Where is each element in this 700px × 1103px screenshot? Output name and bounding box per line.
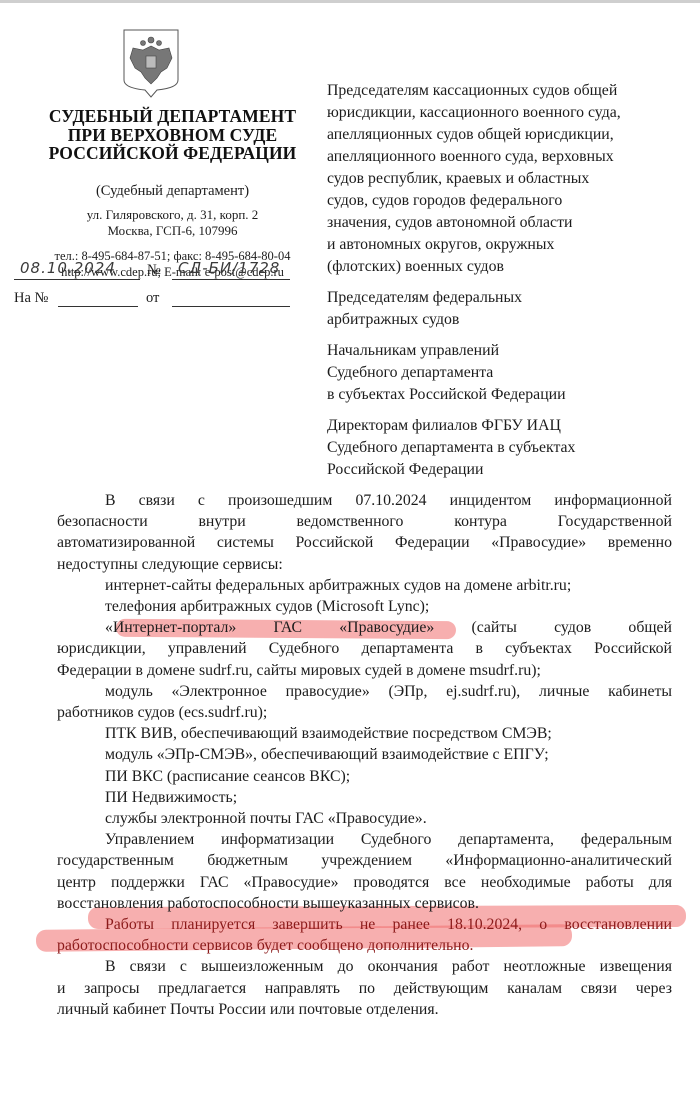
date-underline: [14, 279, 140, 280]
org-address: ул. Гиляровского, д. 31, корп. 2 Москва,…: [20, 207, 325, 239]
body-line: недоступны следующие сервисы:: [57, 554, 672, 575]
org-short-name: (Судебный департамент): [20, 183, 325, 200]
service-item: телефония арбитражных судов (Microsoft L…: [57, 596, 672, 617]
addressee-line: судов республик, краевых и областных: [327, 168, 687, 190]
address-line: ул. Гиляровского, д. 31, корп. 2: [20, 207, 325, 223]
org-name-line: ПРИ ВЕРХОВНОМ СУДЕ: [20, 126, 325, 145]
body-line: юрисдикции, управлений Судебного департа…: [57, 638, 672, 659]
addressee-line: судов, судов городов федерального: [327, 190, 687, 212]
org-name: СУДЕБНЫЙ ДЕПАРТАМЕНТ ПРИ ВЕРХОВНОМ СУДЕ …: [20, 107, 325, 163]
addressee-line: в субъектах Российской Федерации: [327, 384, 687, 406]
body-line: личный кабинет Почты России или почтовые…: [57, 999, 672, 1020]
addressee-line: Начальникам управлений: [327, 340, 687, 362]
service-item: модуль «ЭПр-СМЭВ», обеспечивающий взаимо…: [57, 744, 672, 765]
scan-top-edge: [0, 0, 700, 3]
addressee-line: Российской Федерации: [327, 459, 687, 481]
addressee-line: юрисдикции, кассационного военного суда,: [327, 102, 687, 124]
addressee-line: Судебного департамента: [327, 362, 687, 384]
body-line: Управлением информатизации Судебного деп…: [57, 829, 672, 850]
body-line: В связи с вышеизложенным до окончания ра…: [57, 956, 672, 977]
letter-body: В связи с произошедшим 07.10.2024 инциде…: [57, 490, 672, 1020]
org-name-line: РОССИЙСКОЙ ФЕДЕРАЦИИ: [20, 144, 325, 163]
addressee-line: Председателям кассационных судов общей: [327, 80, 687, 102]
org-name-line: СУДЕБНЫЙ ДЕПАРТАМЕНТ: [20, 107, 325, 126]
number-underline: [172, 279, 290, 280]
addressee-block: Председателям кассационных судов общей ю…: [327, 80, 687, 278]
document-date: 08.10.2024: [20, 259, 116, 277]
body-line: Федерации в домене sudrf.ru, сайты миров…: [57, 660, 672, 681]
addressee-line: Председателям федеральных: [327, 287, 687, 309]
service-item: ПИ Недвижимость;: [57, 787, 672, 808]
coat-of-arms-icon: [121, 28, 181, 98]
body-line: автоматизированной системы Российской Фе…: [57, 532, 672, 553]
addressee-block: Директорам филиалов ФГБУ ИАЦ Судебного д…: [327, 415, 687, 481]
reply-from-label: от: [146, 290, 159, 307]
addressees: Председателям кассационных судов общей ю…: [327, 80, 687, 490]
body-line: восстановления работоспособности вышеука…: [57, 893, 672, 914]
addressee-line: (флотских) военных судов: [327, 256, 687, 278]
addressee-line: апелляционных судов общей юрисдикции,: [327, 124, 687, 146]
addressee-line: арбитражных судов: [327, 309, 687, 331]
address-line: Москва, ГСП-6, 107996: [20, 223, 325, 239]
highlighted-deadline-line: Работы планируется завершить не ранее 18…: [57, 914, 672, 935]
body-line: государственным бюджетным учреждением «И…: [57, 850, 672, 871]
reply-date-field: [172, 306, 290, 307]
body-line: В связи с произошедшим 07.10.2024 инциде…: [57, 490, 672, 511]
addressee-block: Начальникам управлений Судебного департа…: [327, 340, 687, 406]
addressee-block: Председателям федеральных арбитражных су…: [327, 287, 687, 331]
service-item: «Интернет-портал» ГАС «Правосудие» (сайт…: [57, 617, 672, 638]
number-sign: №: [147, 262, 161, 279]
service-item: ПИ ВКС (расписание сеансов ВКС);: [57, 766, 672, 787]
reply-number-field: [58, 306, 138, 307]
highlighted-deadline-line: работоспособности сервисов будет сообщен…: [57, 935, 672, 956]
service-item: ПТК ВИВ, обеспечивающий взаимодействие п…: [57, 723, 672, 744]
body-line: и запросы предлагается направлять по дей…: [57, 978, 672, 999]
reply-number-label: На №: [14, 290, 48, 307]
service-item: службы электронной почты ГАС «Правосудие…: [57, 808, 672, 829]
body-line: безопасности внутри ведомственного конту…: [57, 511, 672, 532]
body-line: центр поддержки ГАС «Правосудие» проводя…: [57, 872, 672, 893]
addressee-line: Судебного департамента в субъектах: [327, 437, 687, 459]
addressee-line: апелляционного военного суда, верховных: [327, 146, 687, 168]
addressee-line: Директорам филиалов ФГБУ ИАЦ: [327, 415, 687, 437]
addressee-line: значения, судов автономной области: [327, 212, 687, 234]
document-number: СД-БИ/1728: [178, 259, 280, 277]
addressee-line: и автономных округов, окружных: [327, 234, 687, 256]
service-item: модуль «Электронное правосудие» (ЭПр, ej…: [57, 681, 672, 702]
body-line: работников судов (ecs.sudrf.ru);: [57, 702, 672, 723]
service-item: интернет-сайты федеральных арбитражных с…: [57, 575, 672, 596]
